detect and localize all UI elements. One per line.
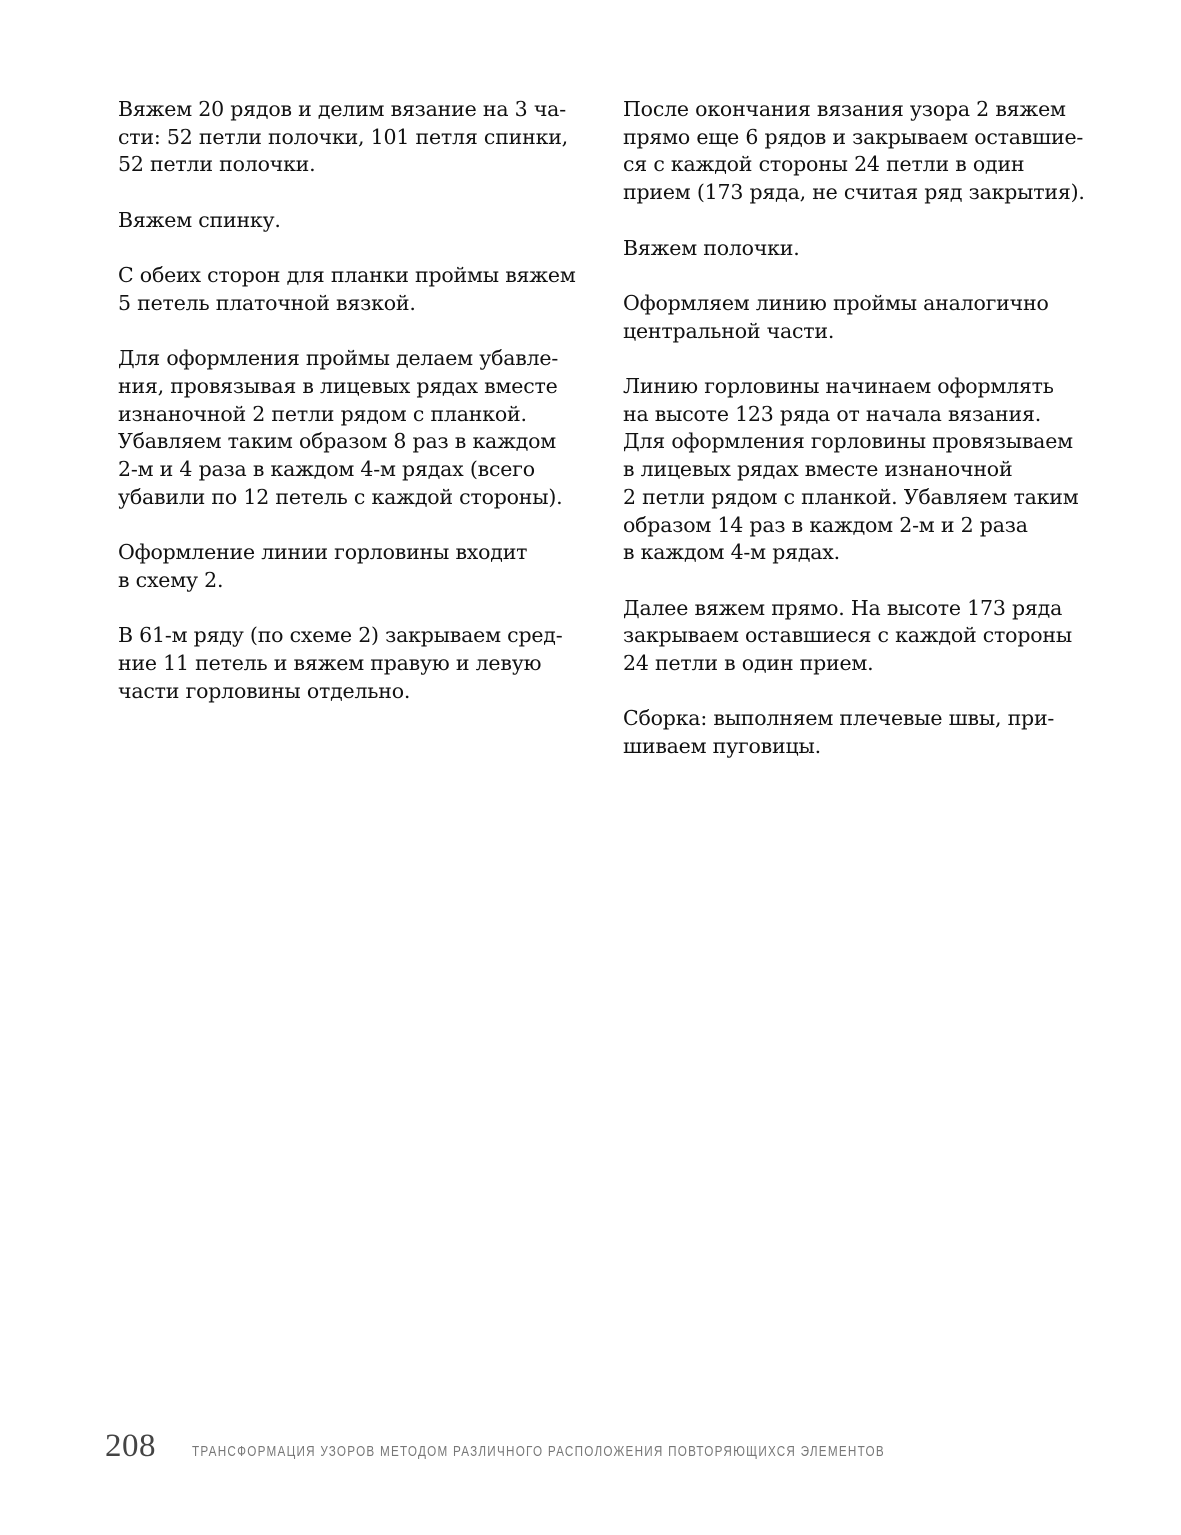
running-head: Трансформация узоров методом различного … <box>192 1443 885 1460</box>
page-footer: 208 Трансформация узоров методом различн… <box>105 1428 1080 1465</box>
paragraph-neckline-bindoff: В 61-м ряду (по схеме 2) закрываем сред-… <box>118 622 598 705</box>
paragraph-assembly: Сборка: выполняем плечевые швы, при- шив… <box>623 705 1103 760</box>
paragraph-front-armhole: Оформляем линию проймы аналогично центра… <box>623 290 1103 345</box>
paragraph-armhole-decreases: Для оформления проймы делаем убавле- ния… <box>118 345 598 511</box>
paragraph-knit-back: Вяжем спинку. <box>118 207 598 235</box>
paragraph-front-neckline: Линию горловины начинаем оформлять на вы… <box>623 373 1103 567</box>
paragraph-armhole-band: С обеих сторон для планки проймы вяжем 5… <box>118 262 598 317</box>
paragraph-divide-knitting: Вяжем 20 рядов и делим вязание на 3 ча- … <box>118 96 598 179</box>
paragraph-back-finish: После окончания вязания узора 2 вяжем пр… <box>623 96 1103 207</box>
page-number: 208 <box>105 1428 156 1465</box>
paragraph-front-finish: Далее вяжем прямо. На высоте 173 ряда за… <box>623 595 1103 678</box>
paragraph-neckline-scheme: Оформление линии горловины входит в схем… <box>118 539 598 594</box>
paragraph-knit-fronts: Вяжем полочки. <box>623 235 1103 263</box>
right-column: После окончания вязания узора 2 вяжем пр… <box>623 96 1103 788</box>
left-column: Вяжем 20 рядов и делим вязание на 3 ча- … <box>118 96 598 733</box>
